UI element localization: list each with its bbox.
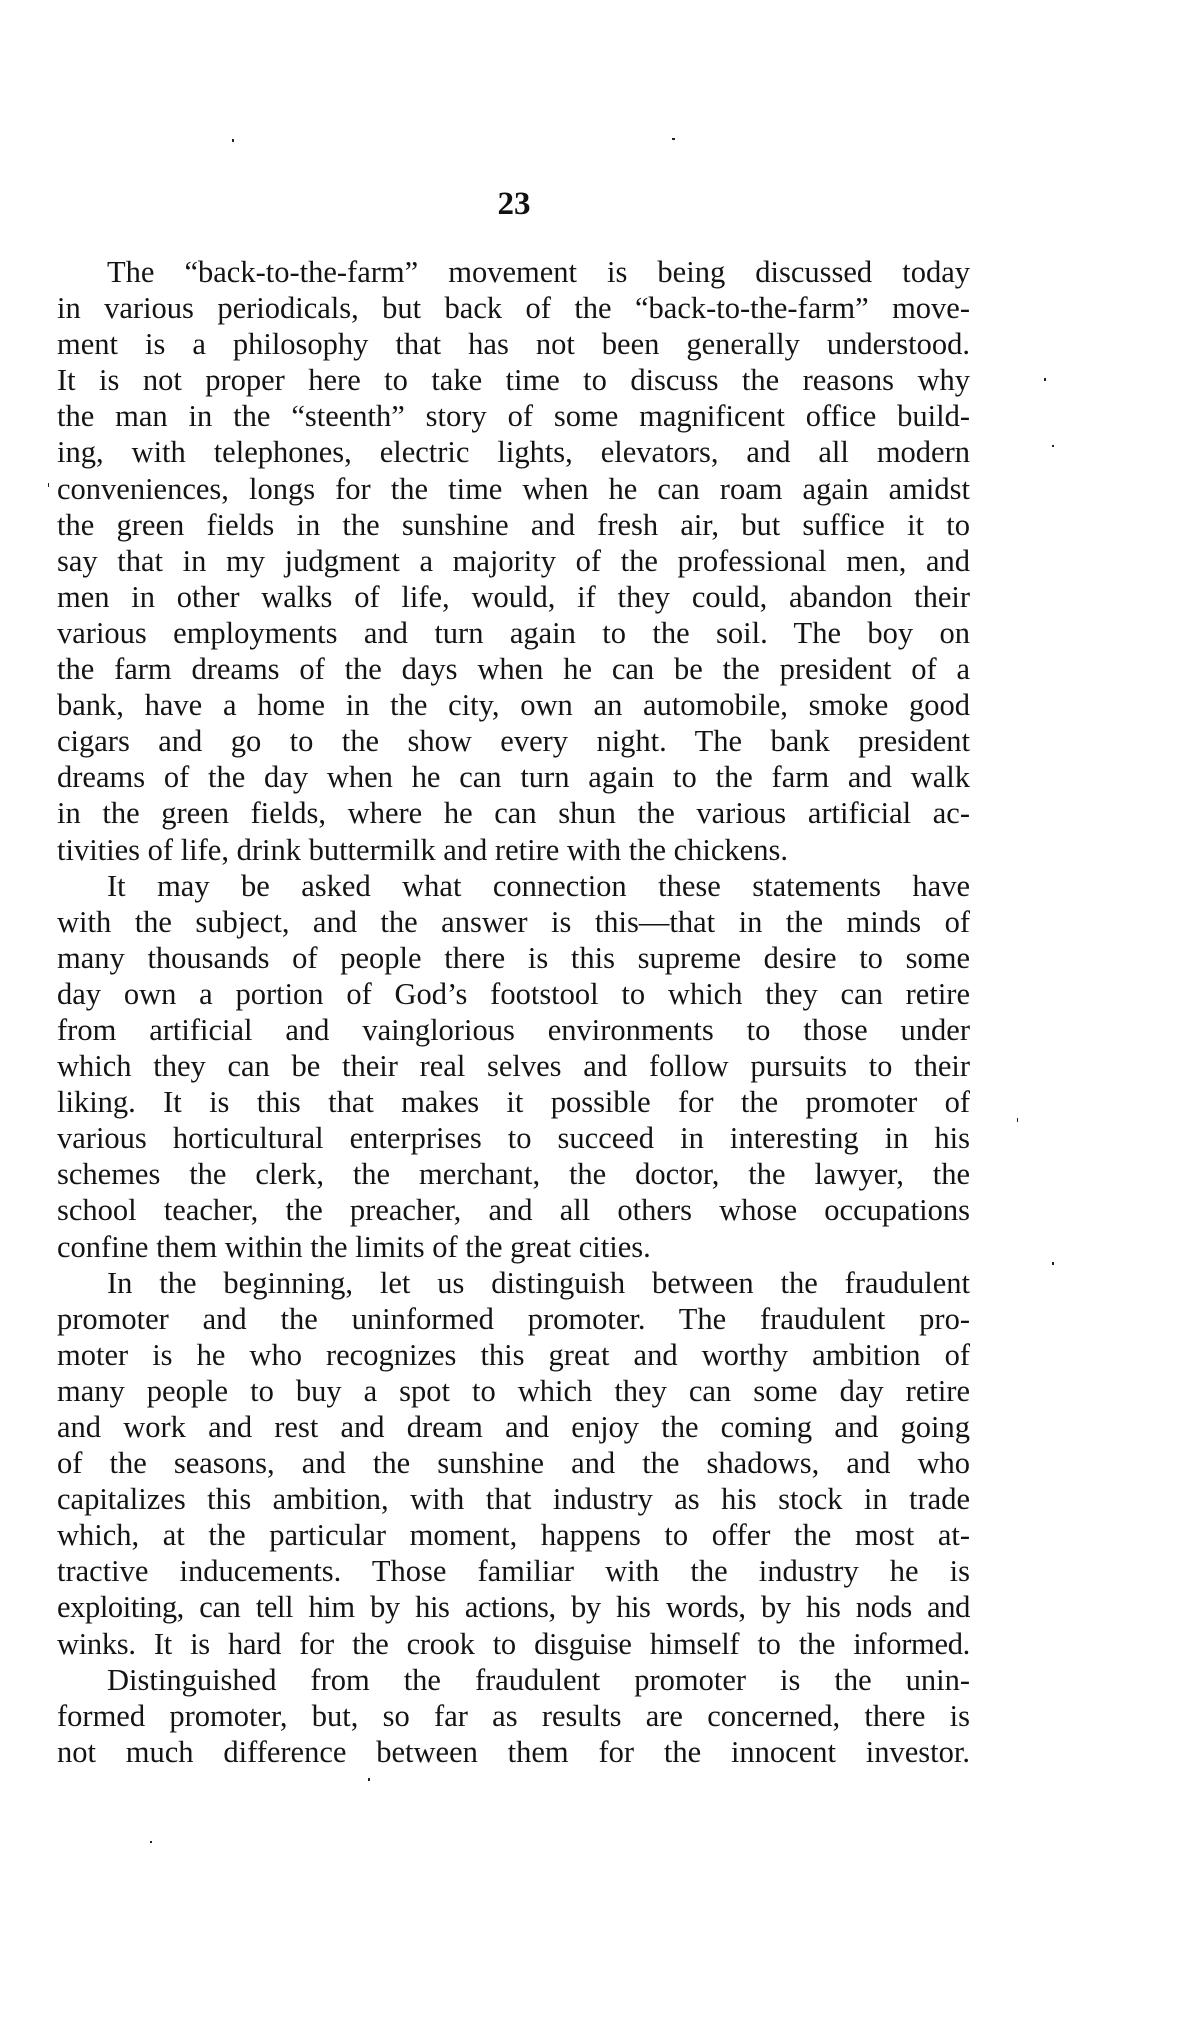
text-line: promoter and the uninformed promoter. Th…	[57, 1301, 970, 1337]
text-line: The “back-to-the-farm” movement is being…	[57, 254, 970, 290]
text-line: the man in the “steenth” story of some m…	[57, 398, 970, 434]
scan-speck	[1052, 1262, 1054, 1265]
text-line: confine them within the limits of the gr…	[57, 1229, 970, 1265]
text-line: and work and rest and dream and enjoy th…	[57, 1409, 970, 1445]
text-line: in various periodicals, but back of the …	[57, 290, 970, 326]
text-line: many thousands of people there is this s…	[57, 940, 970, 976]
text-line: in the green fields, where he can shun t…	[57, 795, 970, 831]
scan-speck	[150, 1841, 152, 1843]
text-line: school teacher, the preacher, and all ot…	[57, 1192, 970, 1228]
paragraph: It may be asked what connection these st…	[57, 868, 970, 1265]
text-line: bank, have a home in the city, own an au…	[57, 687, 970, 723]
paragraph: In the beginning, let us distinguish bet…	[57, 1265, 970, 1662]
page-number: 23	[464, 186, 564, 222]
book-page: 23 The “back-to-the-farm” movement is be…	[0, 0, 1200, 2017]
paragraph: The “back-to-the-farm” movement is being…	[57, 254, 970, 868]
paragraph: Distinguished from the fraudulent promot…	[57, 1662, 970, 1770]
text-line: many people to buy a spot to which they …	[57, 1373, 970, 1409]
text-line: ing, with telephones, electric lights, e…	[57, 434, 970, 470]
text-line: from artificial and vainglorious environ…	[57, 1012, 970, 1048]
text-line: the green fields in the sunshine and fre…	[57, 507, 970, 543]
text-line: with the subject, and the answer is this…	[57, 904, 970, 940]
body-text: The “back-to-the-farm” movement is being…	[57, 254, 970, 1770]
text-line: the farm dreams of the days when he can …	[57, 651, 970, 687]
text-line: conveniences, longs for the time when he…	[57, 471, 970, 507]
scan-speck	[48, 483, 49, 487]
scan-speck	[1044, 378, 1046, 381]
text-line: capitalizes this ambition, with that ind…	[57, 1481, 970, 1517]
text-line: tivities of life, drink buttermilk and r…	[57, 832, 970, 868]
text-line: dreams of the day when he can turn again…	[57, 759, 970, 795]
text-line: winks. It is hard for the crook to disgu…	[57, 1626, 970, 1662]
scan-speck	[672, 138, 675, 140]
text-line: moter is he who recognizes this great an…	[57, 1337, 970, 1373]
text-line: It may be asked what connection these st…	[57, 868, 970, 904]
text-line: day own a portion of God’s footstool to …	[57, 976, 970, 1012]
text-line: of the seasons, and the sunshine and the…	[57, 1445, 970, 1481]
scan-speck	[232, 139, 234, 142]
text-line: schemes the clerk, the merchant, the doc…	[57, 1156, 970, 1192]
text-line: which they can be their real selves and …	[57, 1048, 970, 1084]
text-line: which, at the particular moment, happens…	[57, 1517, 970, 1553]
scan-speck	[1052, 445, 1054, 447]
text-line: various employments and turn again to th…	[57, 615, 970, 651]
text-line: formed promoter, but, so far as results …	[57, 1698, 970, 1734]
text-line: liking. It is this that makes it possibl…	[57, 1084, 970, 1120]
text-line: ment is a philosophy that has not been g…	[57, 326, 970, 362]
text-line: cigars and go to the show every night. T…	[57, 723, 970, 759]
text-line: In the beginning, let us distinguish bet…	[57, 1265, 970, 1301]
text-line: exploiting, can tell him by his actions,…	[57, 1589, 970, 1625]
text-line: various horticultural enterprises to suc…	[57, 1120, 970, 1156]
text-line: Distinguished from the fraudulent promot…	[57, 1662, 970, 1698]
text-line: not much difference between them for the…	[57, 1734, 970, 1770]
text-line: say that in my judgment a majority of th…	[57, 543, 970, 579]
text-line: men in other walks of life, would, if th…	[57, 579, 970, 615]
text-line: tractive inducements. Those familiar wit…	[57, 1553, 970, 1589]
text-line: It is not proper here to take time to di…	[57, 362, 970, 398]
scan-speck	[368, 1778, 370, 1781]
scan-speck	[1017, 1118, 1018, 1122]
